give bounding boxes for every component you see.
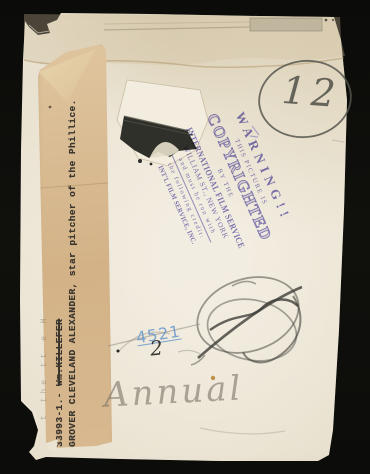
caption-line-2: GROVER CLEVELAND ALEXANDER, star pitcher…	[66, 37, 79, 447]
photo-back-scan: t the tt e M 33993-1.- Wm.KILLEFER GROVE…	[0, 0, 370, 474]
caption-edge-fragment: t the tt e M	[40, 100, 49, 420]
caption-number: 33993-1.-	[54, 392, 65, 447]
caption-struck-text: Wm.KILLEFER	[54, 319, 65, 386]
caption-line-1: 33993-1.- Wm.KILLEFER	[53, 37, 66, 447]
typed-caption: 33993-1.- Wm.KILLEFER GROVER CLEVELAND A…	[53, 37, 79, 447]
